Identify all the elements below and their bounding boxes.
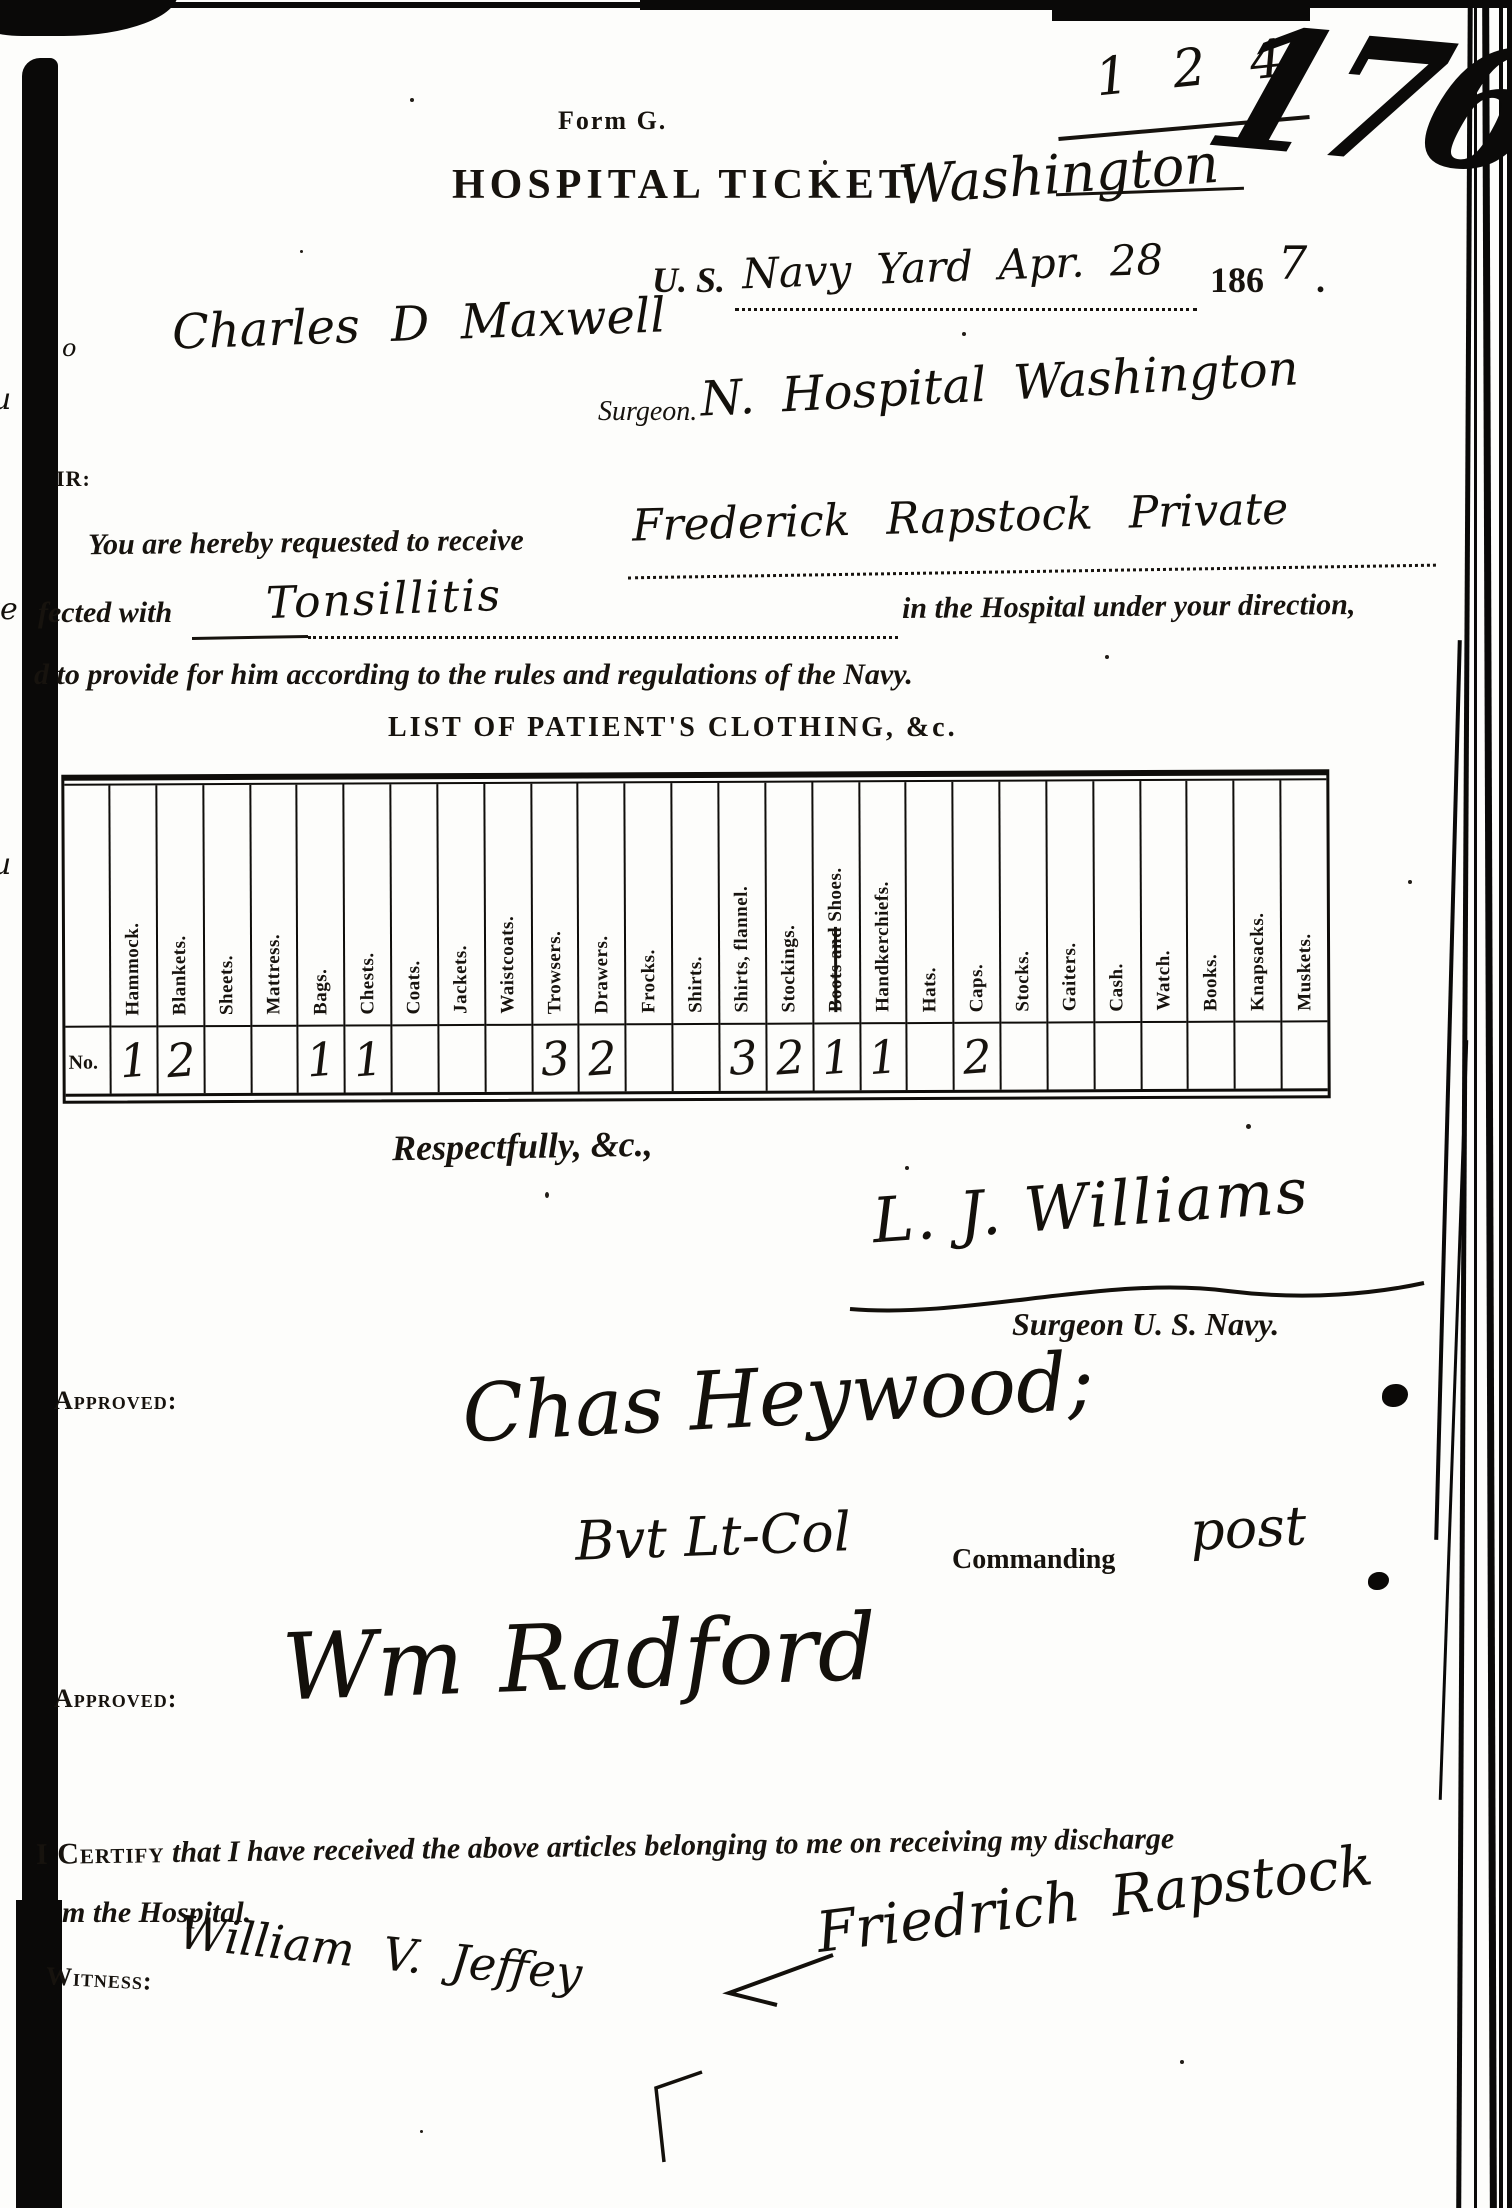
dateline-handwritten: Navy Yard Apr. 28	[741, 239, 1163, 296]
table-column-header: Coats.	[391, 784, 437, 1024]
table-column: Handkerchiefs.1	[858, 782, 906, 1090]
book-edge-streak	[1474, 0, 1477, 2208]
table-column-value: 1	[814, 1022, 859, 1090]
table-column: Hats.	[905, 782, 953, 1090]
table-column-header: Chests.	[345, 784, 391, 1024]
book-edge-streak	[1482, 0, 1497, 2208]
table-column-label: Boots and Shoes.	[825, 858, 848, 1023]
table-column-label: Mattress.	[263, 924, 285, 1025]
affected-fragment: fected with	[38, 598, 172, 628]
table-column-header: Caps.	[954, 782, 1000, 1022]
table-column-value	[1282, 1020, 1327, 1088]
scan-speck	[1408, 880, 1412, 884]
table-column-label: Jackets.	[450, 935, 472, 1024]
table-column-value	[1236, 1020, 1281, 1088]
table-column-label: Waistcoats.	[497, 906, 520, 1024]
margin-fragment: u	[0, 850, 11, 880]
book-edge-top-band-1	[150, 2, 650, 8]
table-column: Gaiters.	[1045, 781, 1093, 1089]
table-column-value: 1	[346, 1024, 391, 1092]
dateline-year-handwritten: 7	[1278, 240, 1307, 286]
table-column-value	[1189, 1021, 1234, 1089]
table-column-value: 3	[720, 1023, 765, 1091]
table-column: Coats.	[389, 784, 437, 1092]
salutation-fragment: IR:	[56, 468, 91, 490]
scan-speck	[640, 730, 644, 734]
table-column: Bags.1	[296, 785, 344, 1093]
table-column-header: Sheets.	[204, 785, 250, 1025]
table-column-value	[1001, 1021, 1046, 1089]
table-column-header: Hammock.	[110, 785, 156, 1025]
table-column-label: Coats.	[404, 950, 426, 1024]
table-column-value: 2	[955, 1022, 1000, 1090]
table-column: Waistcoats.	[483, 784, 531, 1092]
table-column: Books.	[1186, 781, 1234, 1089]
table-column-value	[392, 1024, 437, 1092]
table-column-label: Shirts.	[685, 946, 707, 1023]
table-column-label: Books.	[1200, 943, 1222, 1020]
scan-speck	[300, 250, 303, 253]
book-edge-streak	[1499, 0, 1503, 2208]
table-column-header: Muskets.	[1281, 780, 1327, 1020]
certificate-lead: I Certify	[36, 1836, 165, 1871]
commander-rank-suffix: post	[1189, 1499, 1308, 1559]
table-column-value	[908, 1022, 953, 1090]
disease-lead-line	[192, 635, 308, 640]
table-column-header: Drawers.	[579, 783, 625, 1023]
form-label: Form G.	[558, 108, 667, 134]
table-column-label: Stocks.	[1012, 940, 1034, 1021]
request-fill-line	[628, 564, 1436, 580]
table-column-label: Hammock.	[122, 912, 144, 1025]
table-column-label: Cash.	[1106, 953, 1128, 1022]
commandant-signature: Wm Radford	[281, 1602, 878, 1715]
table-column-label: Blankets.	[169, 925, 191, 1025]
disease-handwritten: Tonsillitis	[265, 574, 502, 626]
table-column-header: Waistcoats.	[485, 784, 531, 1024]
scan-speck	[962, 332, 966, 336]
table-column-header: Stockings.	[766, 782, 812, 1022]
commander-rank-printed: Commanding	[952, 1546, 1115, 1574]
disease-fill-line	[308, 636, 898, 639]
table-column-label: Shirts, flannel.	[731, 876, 754, 1023]
table-column-value	[674, 1023, 719, 1091]
caret-mark	[715, 1945, 845, 2025]
surgeon-label: Surgeon.	[598, 398, 697, 426]
witness-label: Witness:	[45, 1963, 153, 1995]
table-column-label: Knapsacks.	[1247, 902, 1270, 1021]
book-edge-streak	[1507, 0, 1512, 2208]
table-row-label-spacer	[64, 786, 109, 1026]
witness-signature: William V. Jeffey	[177, 1909, 584, 1997]
book-edge-top-band-2	[640, 0, 1060, 10]
table-column: Chests.1	[343, 784, 391, 1092]
table-column-label: Trowsers.	[544, 920, 566, 1024]
table-column: Hammock.1	[108, 785, 156, 1093]
surgeon-rank: Surgeon U. S. Navy.	[1012, 1308, 1279, 1340]
table-column: Boots and Shoes.1	[811, 782, 859, 1090]
table-column: Stockings.2	[764, 782, 812, 1090]
book-gutter-bar	[22, 58, 58, 2208]
table-column-header: Books.	[1188, 781, 1234, 1021]
scan-speck	[878, 1238, 882, 1242]
table-column-value: 1	[861, 1022, 906, 1090]
table-column-label: Gaiters.	[1059, 932, 1081, 1021]
scan-speck	[545, 1192, 549, 1198]
document-title: HOSPITAL TICKET.	[452, 164, 924, 206]
table-row-label: No.	[65, 1026, 109, 1092]
table-column: Caps.2	[952, 782, 1000, 1090]
table-column-header: Shirts.	[672, 783, 718, 1023]
table-column-header: Frocks.	[626, 783, 672, 1023]
table-column-header: Blankets.	[157, 785, 203, 1025]
table-column: Stocks.	[998, 781, 1046, 1089]
margin-fragment: te	[0, 595, 18, 625]
approved-label-2: Approved:	[54, 1686, 177, 1712]
table-row-label-column: No.	[64, 786, 109, 1094]
table-column: Blankets.2	[155, 785, 203, 1093]
respectfully-closing: Respectfully, &c.,	[392, 1126, 653, 1167]
table-column-value: 2	[767, 1022, 812, 1090]
table-column-label: Muskets.	[1293, 923, 1315, 1020]
table-column-header: Handkerchiefs.	[860, 782, 906, 1022]
certificate-text: I Certify that I have received the above…	[36, 1824, 1175, 1870]
table-column-label: Handkerchiefs.	[872, 871, 895, 1022]
commander-rank-handwritten: Bvt Lt-Col	[574, 1505, 852, 1569]
surgeon-signature: L. J. Williams	[870, 1160, 1311, 1252]
table-column-value: 1	[111, 1025, 156, 1093]
stray-mark	[640, 2062, 720, 2172]
page-number-large: 176	[1190, 4, 1512, 195]
table-column-header: Watch.	[1141, 781, 1187, 1021]
commander-signature: Chas Heywood;	[460, 1342, 1096, 1455]
scan-speck	[1105, 655, 1109, 659]
clothing-columns: Hammock.1Blankets.2Sheets.Mattress.Bags.…	[108, 780, 1327, 1093]
table-column-value	[1048, 1021, 1093, 1089]
scan-speck	[823, 160, 827, 165]
table-column: Muskets.	[1279, 780, 1327, 1088]
table-column-header: Shirts, flannel.	[719, 783, 765, 1023]
clothing-table: No. Hammock.1Blankets.2Sheets.Mattress.B…	[61, 769, 1330, 1104]
margin-fragment: u	[0, 385, 11, 415]
addressee-name-handwritten: Charles D Maxwell	[171, 291, 666, 356]
table-column-header: Bags.	[298, 785, 344, 1025]
table-column-value	[205, 1025, 250, 1093]
scan-speck	[1246, 1124, 1251, 1129]
table-column-value	[627, 1023, 672, 1091]
table-column: Shirts.	[670, 783, 718, 1091]
table-column-header: Trowsers.	[532, 784, 578, 1024]
table-column: Drawers.2	[577, 783, 625, 1091]
provide-line: d to provide for him according to the ru…	[34, 660, 913, 690]
table-column: Cash.	[1092, 781, 1140, 1089]
dateline-year-printed: 186	[1210, 262, 1264, 298]
table-column-label: Caps.	[966, 953, 988, 1022]
table-column: Frocks.	[624, 783, 672, 1091]
scan-speck	[410, 98, 414, 102]
table-column-header: Boots and Shoes.	[813, 782, 859, 1022]
table-column: Sheets.	[202, 785, 250, 1093]
ink-blot	[1368, 1572, 1389, 1590]
table-column-label: Bags.	[310, 958, 332, 1024]
table-column-value: 3	[533, 1024, 578, 1092]
table-column-header: Hats.	[907, 782, 953, 1022]
hospital-printed: in the Hospital under your direction,	[902, 590, 1356, 624]
scan-speck	[905, 1166, 909, 1170]
request-printed: You are hereby requested to receive	[88, 526, 524, 561]
table-column-label: Frocks.	[638, 939, 660, 1023]
patient-name-handwritten: Frederick Rapstock Private	[632, 487, 1289, 548]
title-location-handwritten: Washington	[897, 137, 1221, 213]
table-column-label: Watch.	[1153, 940, 1175, 1021]
surgeon-location-handwritten: N. Hospital Washington	[699, 344, 1300, 423]
approved-label-1: Approved:	[54, 1388, 177, 1414]
table-column-value	[439, 1024, 484, 1092]
scanned-document-page: u te u 1 2 4 176 Form G. HOSPITAL TICKET…	[0, 0, 1512, 2208]
table-column-value	[1142, 1021, 1187, 1089]
table-column: Trowsers.3	[530, 784, 578, 1092]
table-column-label: Chests.	[357, 942, 379, 1024]
table-column-value	[1095, 1021, 1140, 1089]
table-column: Watch.	[1139, 781, 1187, 1089]
table-column-header: Cash.	[1094, 781, 1140, 1021]
table-column-value	[486, 1024, 531, 1092]
addressee-to-fragment: o	[62, 336, 76, 360]
table-column: Jackets.	[436, 784, 484, 1092]
table-column-header: Knapsacks.	[1235, 780, 1281, 1020]
table-column-header: Jackets.	[438, 784, 484, 1024]
table-column-label: Stockings.	[778, 915, 800, 1023]
dateline-period: .	[1316, 262, 1325, 298]
table-column-header: Gaiters.	[1047, 781, 1093, 1021]
table-column-value: 2	[158, 1025, 203, 1093]
table-column: Mattress.	[249, 785, 297, 1093]
table-column-label: Sheets.	[216, 945, 238, 1025]
table-column-header: Stocks.	[1000, 781, 1046, 1021]
table-column-value: 1	[299, 1025, 344, 1093]
ink-blot	[1382, 1384, 1408, 1407]
table-column-label: Hats.	[919, 957, 941, 1022]
clothing-heading: LIST OF PATIENT'S CLOTHING, &c.	[388, 714, 958, 742]
table-column: Knapsacks.	[1233, 780, 1281, 1088]
table-column-value: 2	[580, 1023, 625, 1091]
dateline-fill-line	[735, 308, 1197, 311]
table-column: Shirts, flannel.3	[717, 783, 765, 1091]
scan-speck	[690, 1842, 693, 1845]
table-column-value	[252, 1025, 297, 1093]
book-gutter-bar-foot	[16, 1900, 62, 2208]
table-column-label: Drawers.	[591, 925, 613, 1023]
table-column-header: Mattress.	[251, 785, 297, 1025]
scan-speck	[1180, 2060, 1184, 2064]
book-edge-streak-slanted	[1434, 640, 1462, 1540]
scan-speck	[420, 2130, 423, 2133]
certificate-body: that I have received the above articles …	[172, 1822, 1175, 1869]
